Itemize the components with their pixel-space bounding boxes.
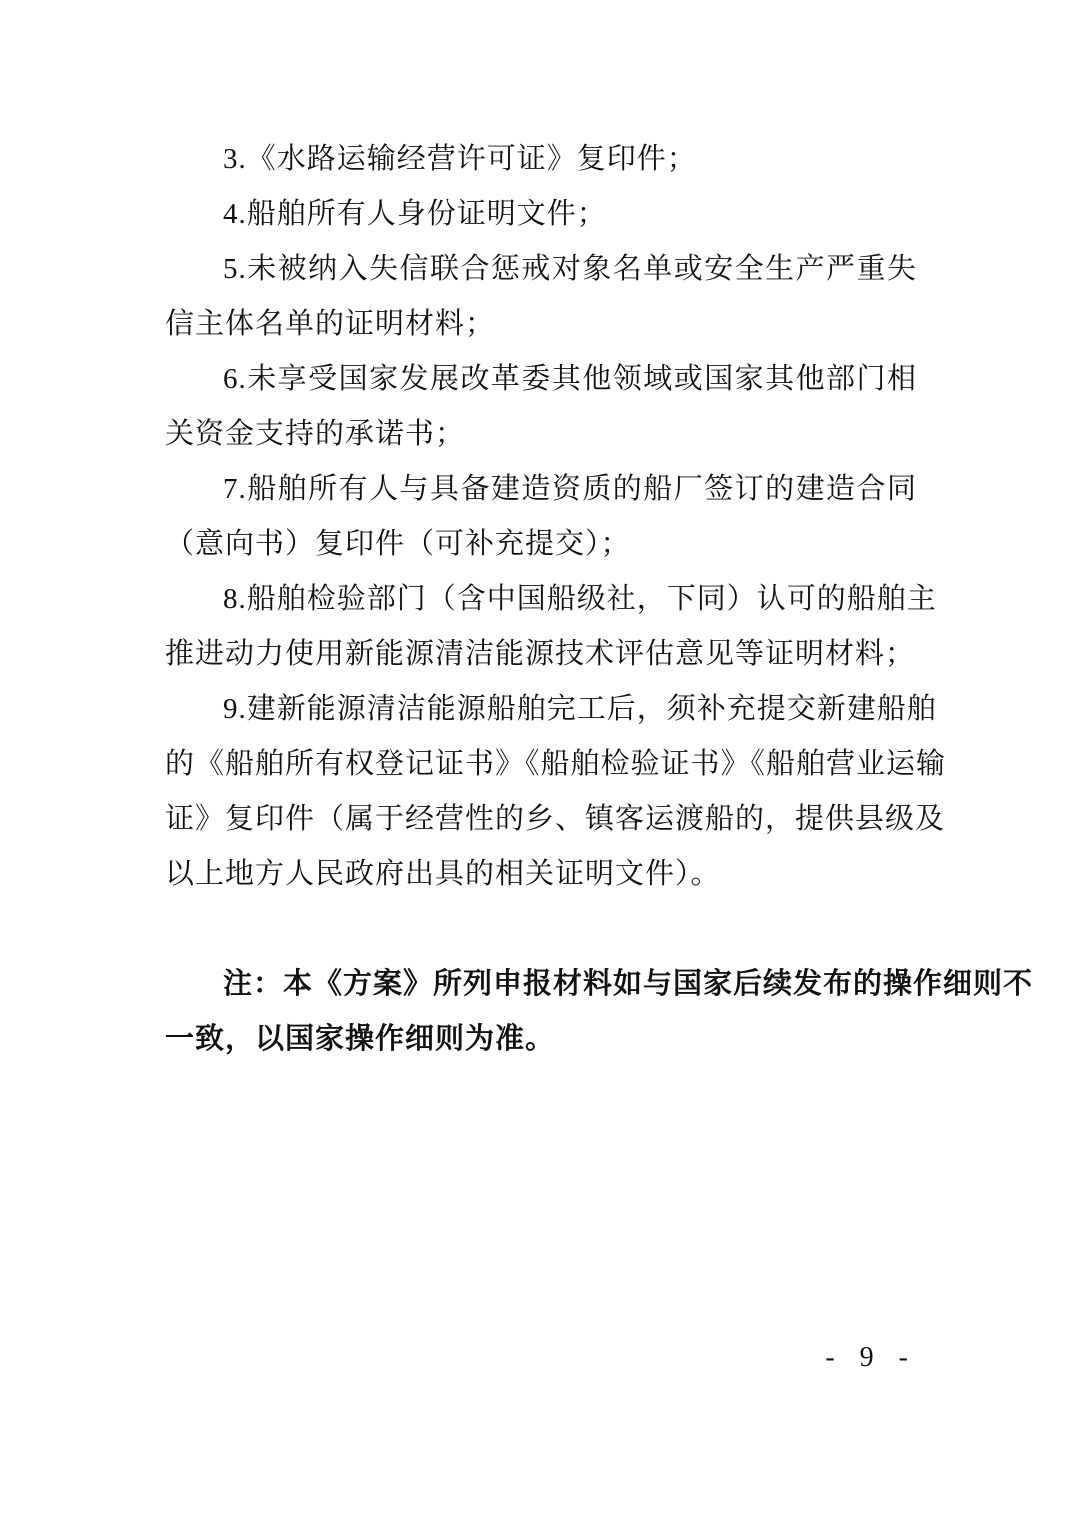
text-line: 信主体名单的证明材料； [165, 297, 917, 352]
paragraph-item-8: 8.船舶检验部门（含中国船级社，下同）认可的船舶主推进动力使用新能源清洁能源技术… [165, 572, 917, 682]
paragraph-item-9: 9.建新能源清洁能源船舶完工后，须补充提交新建船舶的《船舶所有权登记证书》《船舶… [165, 682, 917, 902]
text-line: 3.《水路运输经营许可证》复印件； [165, 132, 917, 187]
text-line: 以上地方人民政府出具的相关证明文件）。 [165, 847, 917, 902]
text-line: 7.船舶所有人与具备建造资质的船厂签订的建造合同 [165, 462, 917, 517]
paragraph-note: 注：本《方案》所列申报材料如与国家后续发布的操作细则不一致，以国家操作细则为准。 [165, 957, 917, 1067]
paragraph-item-6: 6.未享受国家发展改革委其他领域或国家其他部门相关资金支持的承诺书； [165, 352, 917, 462]
paragraph-item-4: 4.船舶所有人身份证明文件； [165, 187, 917, 242]
text-line: 6.未享受国家发展改革委其他领域或国家其他部门相 [165, 352, 917, 407]
text-line: 推进动力使用新能源清洁能源技术评估意见等证明材料； [165, 627, 917, 682]
text-line: 9.建新能源清洁能源船舶完工后，须补充提交新建船舶 [165, 682, 917, 737]
document-page: 3.《水路运输经营许可证》复印件；4.船舶所有人身份证明文件；5.未被纳入失信联… [0, 0, 1074, 1520]
paragraph-item-5: 5.未被纳入失信联合惩戒对象名单或安全生产严重失信主体名单的证明材料； [165, 242, 917, 352]
text-line: 的《船舶所有权登记证书》《船舶检验证书》《船舶营业运输 [165, 737, 917, 792]
text-line: 一致，以国家操作细则为准。 [165, 1012, 917, 1067]
text-line: （意向书）复印件（可补充提交）； [165, 517, 917, 572]
document-content: 3.《水路运输经营许可证》复印件；4.船舶所有人身份证明文件；5.未被纳入失信联… [165, 132, 917, 1067]
text-line: 8.船舶检验部门（含中国船级社，下同）认可的船舶主 [165, 572, 917, 627]
text-line: 证》复印件（属于经营性的乡、镇客运渡船的，提供县级及 [165, 792, 917, 847]
text-line: 4.船舶所有人身份证明文件； [165, 187, 917, 242]
page-number: - 9 - [825, 1338, 917, 1378]
text-line: 注：本《方案》所列申报材料如与国家后续发布的操作细则不 [165, 957, 917, 1012]
text-line: 关资金支持的承诺书； [165, 407, 917, 462]
paragraph-item-3: 3.《水路运输经营许可证》复印件； [165, 132, 917, 187]
text-line: 5.未被纳入失信联合惩戒对象名单或安全生产严重失 [165, 242, 917, 297]
paragraph-item-7: 7.船舶所有人与具备建造资质的船厂签订的建造合同（意向书）复印件（可补充提交）； [165, 462, 917, 572]
